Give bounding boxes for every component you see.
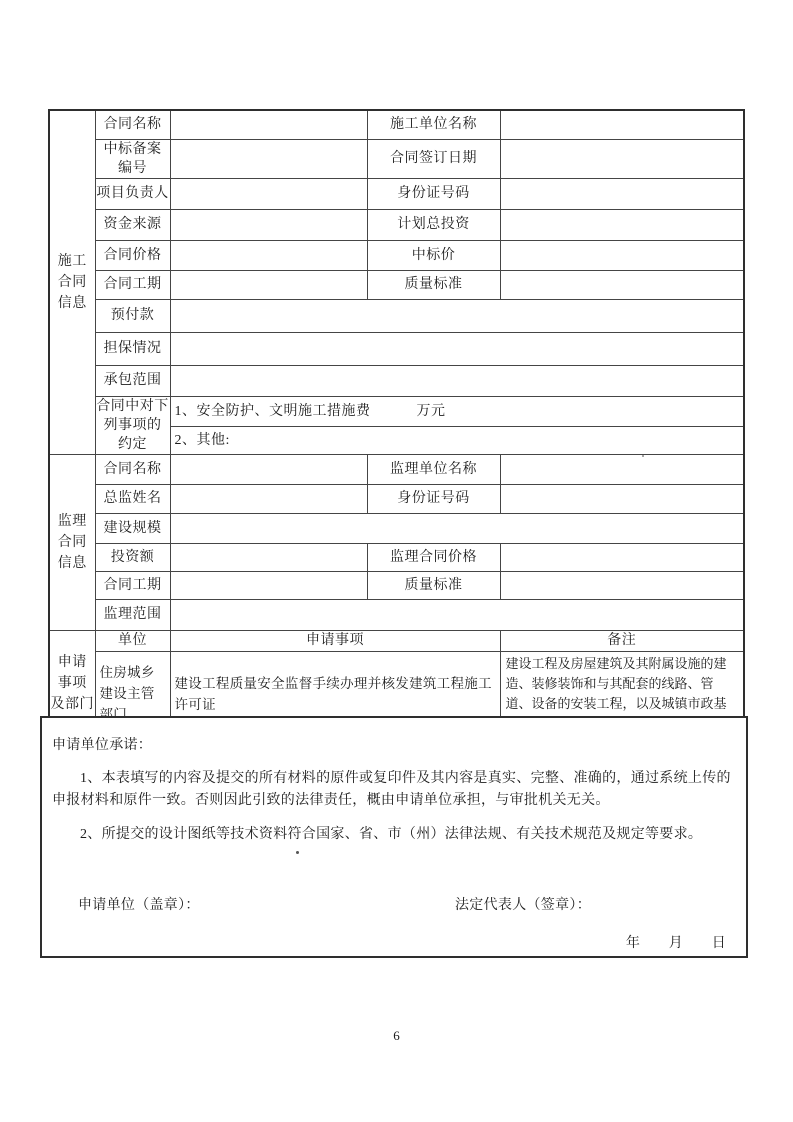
applicant-seal-label: 申请单位（盖章）： xyxy=(78,894,200,914)
field-label-id-number: 身份证号码 xyxy=(367,178,500,209)
value-cell-contract-name xyxy=(170,110,367,139)
value-cell-contract-scope xyxy=(170,365,744,396)
value-cell-bid-record-number xyxy=(170,139,367,178)
legal-representative-seal-label: 法定代表人（签章）： xyxy=(455,894,591,914)
value-cell-chief-supervisor-name xyxy=(170,484,367,513)
agreement-item-1-text: 1、安全防护、文明施工措施费 xyxy=(175,404,371,419)
page-number: 6 xyxy=(0,1028,793,1044)
field-label-fund-source: 资金来源 xyxy=(95,209,170,240)
field-label-contract-duration: 合同工期 xyxy=(95,270,170,299)
commitment-box: 申请单位承诺： 1、本表填写的内容及提交的所有材料的原件或复印件及其内容是真实、… xyxy=(40,716,748,958)
field-label-project-leader: 项目负责人 xyxy=(95,178,170,209)
field-label-agreement-items: 合同中对下 列事项的 约定 xyxy=(95,396,170,454)
section-label-construction-contract: 施工 合同 信息 xyxy=(49,110,95,454)
field-label-quality-standard: 质量标准 xyxy=(367,270,500,299)
field-label-contract-price: 合同价格 xyxy=(95,240,170,270)
agreement-item-2-cell: 2、其他: xyxy=(170,426,744,454)
value-cell-quality-standard xyxy=(500,270,744,299)
scanned-form-page: { "page": { "number": "6" }, "constructi… xyxy=(0,0,793,1122)
value-cell-id-number xyxy=(500,178,744,209)
permit-form-table: 施工 合同 信息 合同名称 施工单位名称 中标备案 编号 合同签订日期 项目负责… xyxy=(48,109,745,738)
field-label-supervision-scope: 监理范围 xyxy=(95,599,170,630)
field-label-investment-amount: 投资额 xyxy=(95,543,170,571)
field-label-construction-scale: 建设规模 xyxy=(95,513,170,543)
field-label-construction-unit-name: 施工单位名称 xyxy=(367,110,500,139)
date-line: 年 月 日 xyxy=(626,932,726,952)
value-cell-winning-bid-price xyxy=(500,240,744,270)
value-cell-planned-investment xyxy=(500,209,744,240)
value-cell-supervision-contract-duration xyxy=(170,571,367,599)
column-header-application-item: 申请事项 xyxy=(170,630,500,651)
value-cell-guarantee-status xyxy=(170,332,744,365)
column-header-remark: 备注 xyxy=(500,630,744,651)
value-cell-investment-amount xyxy=(170,543,367,571)
value-cell-supervisor-id-number xyxy=(500,484,744,513)
field-label-planned-investment: 计划总投资 xyxy=(367,209,500,240)
field-label-supervision-contract-duration: 合同工期 xyxy=(95,571,170,599)
scan-speck xyxy=(296,851,299,854)
value-cell-supervision-contract-name xyxy=(170,454,367,484)
value-cell-supervision-contract-price xyxy=(500,543,744,571)
field-label-contract-name: 合同名称 xyxy=(95,110,170,139)
value-cell-supervision-scope xyxy=(170,599,744,630)
field-label-bid-record-number: 中标备案 编号 xyxy=(95,139,170,178)
value-cell-supervision-quality-standard xyxy=(500,571,744,599)
agreement-item-2-text: 2、其他: xyxy=(175,433,230,448)
scan-speck xyxy=(642,455,644,457)
value-cell-contract-sign-date xyxy=(500,139,744,178)
value-cell-construction-unit-name xyxy=(500,110,744,139)
field-label-supervisor-id-number: 身份证号码 xyxy=(367,484,500,513)
value-cell-fund-source xyxy=(170,209,367,240)
value-cell-contract-duration xyxy=(170,270,367,299)
value-cell-project-leader xyxy=(170,178,367,209)
column-header-unit: 单位 xyxy=(95,630,170,651)
commitment-title: 申请单位承诺： xyxy=(52,734,152,754)
value-cell-supervision-unit-name xyxy=(500,454,744,484)
field-label-chief-supervisor-name: 总监姓名 xyxy=(95,484,170,513)
field-label-supervision-contract-name: 合同名称 xyxy=(95,454,170,484)
field-label-contract-sign-date: 合同签订日期 xyxy=(367,139,500,178)
value-cell-advance-payment xyxy=(170,299,744,332)
field-label-contract-scope: 承包范围 xyxy=(95,365,170,396)
value-cell-construction-scale xyxy=(170,513,744,543)
field-label-guarantee-status: 担保情况 xyxy=(95,332,170,365)
field-label-supervision-contract-price: 监理合同价格 xyxy=(367,543,500,571)
commitment-item-1: 1、本表填写的内容及提交的所有材料的原件或复印件及其内容是真实、完整、准确的，通… xyxy=(52,768,742,812)
value-cell-contract-price xyxy=(170,240,367,270)
field-label-winning-bid-price: 中标价 xyxy=(367,240,500,270)
field-label-supervision-unit-name: 监理单位名称 xyxy=(367,454,500,484)
agreement-item-1-unit: 万元 xyxy=(417,404,446,419)
agreement-item-1-cell: 1、安全防护、文明施工措施费万元 xyxy=(170,396,744,426)
field-label-supervision-quality-standard: 质量标准 xyxy=(367,571,500,599)
field-label-advance-payment: 预付款 xyxy=(95,299,170,332)
section-label-supervision-contract: 监理 合同 信息 xyxy=(49,454,95,630)
commitment-item-2: 2、所提交的设计图纸等技术资料符合国家、省、市（州）法律法规、有关技术规范及规定… xyxy=(52,824,742,846)
